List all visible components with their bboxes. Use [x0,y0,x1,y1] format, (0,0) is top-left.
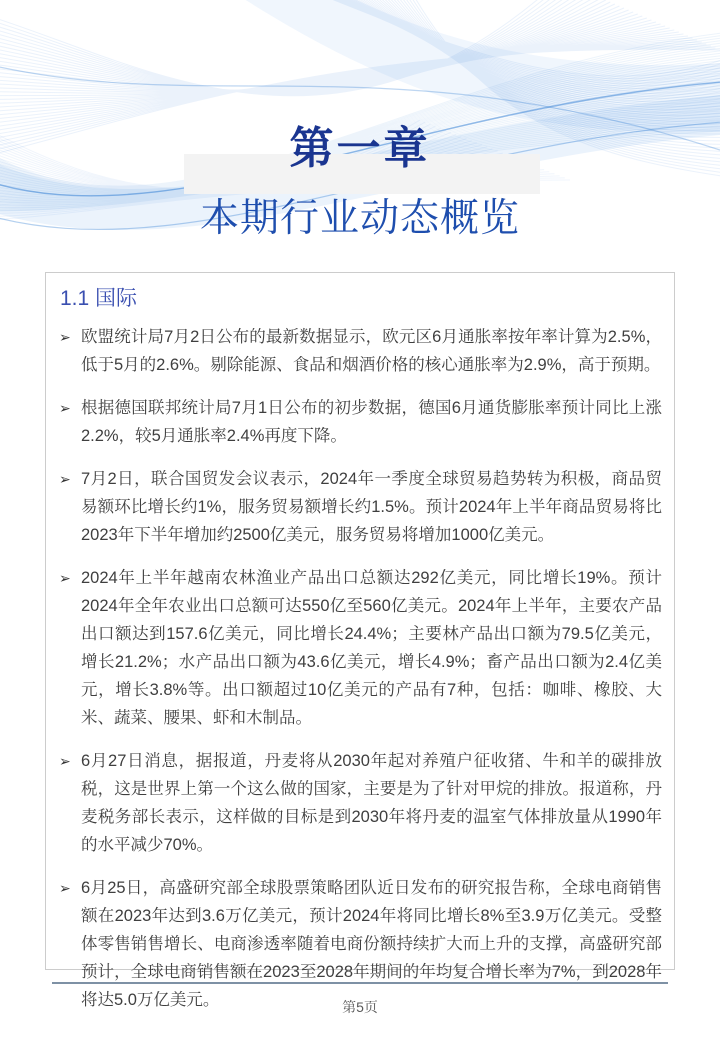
list-item: ➢ 2024年上半年越南农林渔业产品出口总额达292亿美元，同比增长19%。预计… [58,564,662,732]
list-item: ➢ 欧盟统计局7月2日公布的最新数据显示，欧元区6月通胀率按年率计算为2.5%，… [58,323,662,379]
chapter-label: 第一章 [0,124,720,175]
arrow-bullet-icon: ➢ [59,465,71,493]
arrow-bullet-icon: ➢ [59,747,71,775]
list-item: ➢ 6月27日消息，据报道，丹麦将从2030年起对养殖户征收猪、牛和羊的碳排放税… [58,747,662,859]
arrow-bullet-icon: ➢ [59,323,71,351]
content-box: 1.1 国际 ➢ 欧盟统计局7月2日公布的最新数据显示，欧元区6月通胀率按年率计… [45,272,675,970]
arrow-bullet-icon: ➢ [59,394,71,422]
list-item: ➢ 7月2日，联合国贸发会议表示，2024年一季度全球贸易趋势转为积极，商品贸易… [58,465,662,549]
bullet-text: 2024年上半年越南农林渔业产品出口总额达292亿美元，同比增长19%。预计20… [81,569,662,727]
bullet-text: 6月27日消息，据报道，丹麦将从2030年起对养殖户征收猪、牛和羊的碳排放税，这… [81,752,662,854]
page-header: 第一章 本期行业动态概览 [0,0,720,272]
list-item: ➢ 6月25日，高盛研究部全球股票策略团队近日发布的研究报告称，全球电商销售额在… [58,874,662,1014]
bullet-text: 6月25日，高盛研究部全球股票策略团队近日发布的研究报告称，全球电商销售额在20… [81,879,662,1009]
bullet-list: ➢ 欧盟统计局7月2日公布的最新数据显示，欧元区6月通胀率按年率计算为2.5%，… [58,323,662,1014]
bullet-text: 欧盟统计局7月2日公布的最新数据显示，欧元区6月通胀率按年率计算为2.5%，低于… [81,328,662,374]
chapter-title: 本期行业动态概览 [0,196,720,243]
list-item: ➢ 根据德国联邦统计局7月1日公布的初步数据，德国6月通货膨胀率预计同比上涨2.… [58,394,662,450]
arrow-bullet-icon: ➢ [59,564,71,592]
section-heading: 1.1 国际 [60,286,662,312]
bullet-text: 7月2日，联合国贸发会议表示，2024年一季度全球贸易趋势转为积极，商品贸易额环… [81,470,662,544]
arrow-bullet-icon: ➢ [59,874,71,902]
document-page: 第一章 本期行业动态概览 1.1 国际 ➢ 欧盟统计局7月2日公布的最新数据显示… [0,0,720,1017]
bullet-text: 根据德国联邦统计局7月1日公布的初步数据，德国6月通货膨胀率预计同比上涨2.2%… [81,399,662,445]
